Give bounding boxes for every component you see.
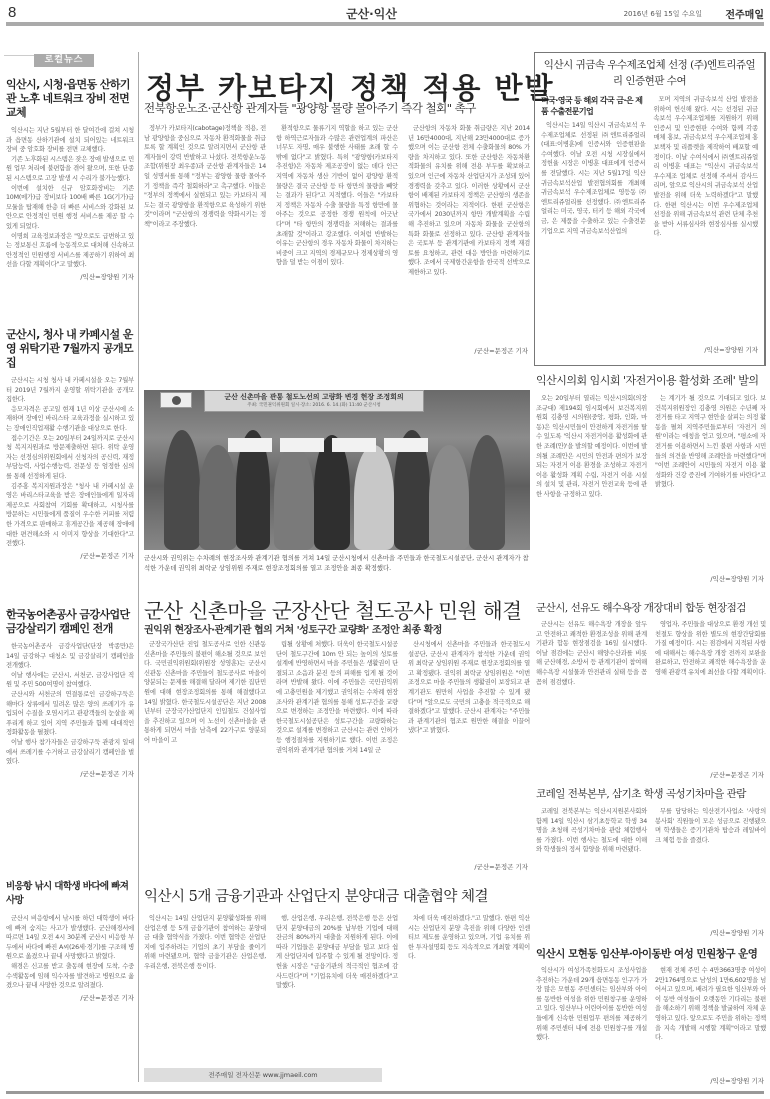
page-number: 8 xyxy=(8,4,16,21)
article-body: 익산시는 지난 5월부터 한 달여간에 걸쳐 시청과 읍면동 산하기관에 설치 … xyxy=(6,126,134,270)
local-news-badge: 로컬뉴스 xyxy=(34,54,94,67)
paragraph: 기존 노후화된 시스템은 잦은 장애 발생으로 민원 업무 처리에 불편함을 겪… xyxy=(6,155,134,184)
article-geumgang-campaign: 한국농어촌공사 금강사업단 금강살리기 캠페인 전개 한국농어촌공사 금강사업단… xyxy=(6,608,134,778)
maternity-byline: /익산=장양원 기자 xyxy=(666,1076,764,1085)
korean-flag xyxy=(160,392,192,408)
article-body: 군산시 비응항에서 낚시를 하던 대학생이 바다에 빠져 숨지는 사고가 발생했… xyxy=(6,914,134,991)
paragraph: 행, 산업은행, 우리은행, 전북은행 등은 산업단지 분양대금의 20%를 납… xyxy=(276,914,398,991)
korail-headline: 코레일 전북본부, 삼기초 학생 곡성기차마을 관람 xyxy=(536,786,766,801)
article-title: 한국농어촌공사 금강사업단 금강살리기 캠페인 전개 xyxy=(6,608,134,636)
paragraph: 정부가 카보타지(cabotage)정책을 적용, 전남 광양항을 중심으로 자… xyxy=(144,124,266,230)
paragraph: 환적항으로 물류기지 역할을 하고 있는 군산항 하역근로자들과 수많은 관련업… xyxy=(276,124,398,268)
maternity-headline: 익산시 모현동 임산부·아이동반 여성 민원창구 운영 xyxy=(536,946,766,961)
lead-byline: /군산=문정곤 기자 xyxy=(430,346,528,355)
paragraph: 영업자, 주민들을 대상으로 환경 개선 및 친절도 향상을 위한 별도의 현장… xyxy=(655,620,766,678)
group-photo: 군산 신촌마을 관통 철도노선의 고량화 변경 현장 조정회의 주최: 국민권익… xyxy=(144,390,530,550)
council-byline: /익산=장양원 기자 xyxy=(666,574,764,583)
paragraph: 접수기간은 오는 20일부터 24일까지로 군산시청 복지지원과로 방문제출하면… xyxy=(6,434,134,482)
lead-body: 정부가 카보타지(cabotage)정책을 적용, 전남 광양항을 중심으로 자… xyxy=(144,124,530,344)
korail-body: 코레일 전북본부는 익산시지원본사회와 함께 14일 익산시 삼기초등학교 학생… xyxy=(536,807,766,927)
paragraph: 이날 행사에는 군산시, 서천군, 금강사업단 직원 및 주민 500여명이 참… xyxy=(6,671,134,690)
korail-column-2: 무를 담당하는 익산전기사업소 '사랑의 봉사회' 직원들이 모은 성금으로 진… xyxy=(655,807,766,927)
second-column-2: 립될 상황에 처했다. 더욱이 한국철도시설공단이 철도구간에 10m 안 되는… xyxy=(276,640,398,862)
box-byline: /익산=장양원 기자 xyxy=(541,345,758,354)
article-body: 군산시는 시청 청사 내 카페시설을 오는 7월부터 2019년 7월까지 운영… xyxy=(6,376,134,549)
paragraph: 익산시는 지난 5월부터 한 달여간에 걸쳐 시청과 읍면동 산하기관에 설치 … xyxy=(6,126,134,155)
lead-column-2: 환적항으로 물류기지 역할을 하고 있는 군산항 하역근로자들과 수많은 관련업… xyxy=(276,124,398,344)
loan-column-1: 익산시는 14일 산업단지 분양활성화를 위해 산업은행 등 5개 금융기관이 … xyxy=(144,914,266,1064)
paragraph: 군산시는 시청 청사 내 카페시설을 오는 7월부터 2019년 7월까지 운영… xyxy=(6,376,134,405)
byline: /군산=문정곤 기자 xyxy=(6,993,134,1002)
seonyudo-column-2: 영업자, 주민들을 대상으로 환경 개선 및 친절도 향상을 위한 별도의 현장… xyxy=(655,620,766,770)
paragraph: 응모자격은 공고일 현재 1년 이상 군산시에 소재하며 장애인 바리스타 교육… xyxy=(6,405,134,434)
second-headline: 군산 신촌마을 군장산단 철도공사 민원 해결 xyxy=(144,594,530,624)
iksan-jewelry-box: 익산시 귀금속 우수제조업체 선정 (주)엔트리쥬얼리 인증현판 수여 미국·영… xyxy=(534,52,766,366)
second-subhead: 권익위 현장조사·관계기관 협의 거쳐 '성토구간 교량화' 조정안 최종 확정 xyxy=(144,621,530,636)
paragraph: 군장국가산단 진입 철도공사로 인한 신관동 신촌마을 주민들의 불편이 해소될… xyxy=(144,640,266,746)
byline: /군산=문정곤 기자 xyxy=(6,769,134,778)
seonyudo-column-1: 군산시는 선유도 해수욕장 개장을 앞두고 안전하고 쾌적한 환경조성을 위해 … xyxy=(536,620,647,770)
paragraph: 코레일 전북본부는 익산시지원본사회와 함께 14일 익산시 삼기초등학교 학생… xyxy=(536,807,647,855)
paragraph: 김주홍 복지지원과장은 "청사 내 카페시설 운영은 바리스타교육을 받은 장애… xyxy=(6,482,134,549)
council-column-1: 오는 20일부터 열리는 익산시의회(의장 조규대) 제194회 임시회에서 보… xyxy=(536,394,647,574)
seonyudo-byline: /군산=문정곤 기자 xyxy=(666,770,764,779)
article-bieung-drowning: 비응항 낚시 대학생 바다에 빠져 사망 군산시 비응항에서 낚시를 하던 대학… xyxy=(6,880,134,1002)
lead-column-1: 정부가 카보타지(cabotage)정책을 적용, 전남 광양항을 중심으로 자… xyxy=(144,124,266,344)
paragraph: 이날 행사 참가자들은 금강하구둑 관광지 일대에서 쓰레기를 수거하고 금강살… xyxy=(6,738,134,767)
box-body: 미국·영국 등 해외 각국 금·은 제품 수출전문기업 익산시는 14일 익산시… xyxy=(541,95,758,343)
byline: /군산=문정곤 기자 xyxy=(6,551,134,560)
paragraph: 립될 상황에 처했다. 더욱이 한국철도시설공단이 철도구간에 10m 안 되는… xyxy=(276,640,398,755)
council-body: 오는 20일부터 열리는 익산시의회(의장 조규대) 제194회 임시회에서 보… xyxy=(536,394,766,574)
paragraph: 익산시가 여성가족친화도시 조성사업을 추진하는 가운데 29개 읍면동동 인구… xyxy=(536,966,647,1043)
paragraph: 군산항의 자동차 화물 취급량은 지난 2014년 16만4000대, 지난해 … xyxy=(408,124,530,278)
loan-headline: 익산시 5개 금융기관과 산업단지 분양대금 대출협약 체결 xyxy=(144,885,530,906)
paragraph: 익산시는 14일 산업단지 분양활성화를 위해 산업은행 등 5개 금융기관이 … xyxy=(144,914,266,972)
box-column-1: 미국·영국 등 해외 각국 금·은 제품 수출전문기업 익산시는 14일 익산시… xyxy=(541,95,646,343)
council-headline: 익산시의회 임시회 '자전거이용 활성화 조례' 발의 xyxy=(536,372,766,388)
maternity-column-2: 현재 전체 주민 수 4만3663명중 여성이 2만1764명으로 남성의 1만… xyxy=(655,966,766,1076)
seonyudo-headline: 군산시, 선유도 해수욕장 개장대비 합동 현장점검 xyxy=(536,600,766,615)
second-column-3: 산시청에서 신촌마을 주민들과 한국철도시설공단, 군산시 관계자가 참석한 가… xyxy=(408,640,530,862)
article-body: 한국농어촌공사 금강사업단(단장 박종만)은 14일 금강하구 대청소 및 금강… xyxy=(6,642,134,767)
newspaper-name: 전주매일 xyxy=(725,6,764,21)
photo-caption: 군산시와 권익위는 수차례의 현장조사와 관계기관 협의를 거쳐 14일 군산시… xyxy=(144,554,530,573)
paragraph: 모며 지역의 귀금속보석 산업 발전을 위하여 헌신해 왔다. 시는 선정된 귀… xyxy=(654,95,759,239)
paragraph: 는 계기가 될 것으로 기대되고 있다. 보건복지위원장인 김충영 의원은 수년… xyxy=(655,394,766,490)
meeting-banner: 군산 신촌마을 관통 철도노선의 고량화 변경 현장 조정회의 주최: 국민권익… xyxy=(204,390,424,412)
signed-agreements xyxy=(228,438,428,452)
article-title: 익산시, 시청·읍면동 산하기관 노후 네트워크 장비 전면 교체 xyxy=(6,78,134,120)
maternity-column-1: 익산시가 여성가족친화도시 조성사업을 추진하는 가운데 29개 읍면동동 인구… xyxy=(536,966,647,1076)
paragraph: 무를 담당하는 익산전기사업소 '사랑의 봉사회' 직원들이 모은 성금으로 진… xyxy=(655,807,766,845)
paragraph: 군산시 비응항에서 낚시를 하던 대학생이 바다에 빠져 숨지는 사고가 발생했… xyxy=(6,914,134,962)
box-column-2: 모며 지역의 귀금속보석 산업 발전을 위하여 헌신해 왔다. 시는 선정된 귀… xyxy=(654,95,759,343)
paragraph: 해경은 신고를 받고 출동해 현장에 도착, 수중 수색활동에 임해 익수자를 … xyxy=(6,962,134,991)
section-title: 군산·익산 xyxy=(346,5,397,22)
banner-title: 군산 신촌마을 관통 철도노선의 고량화 변경 현장 조정회의 xyxy=(224,393,403,401)
seonyudo-body: 군산시는 선유도 해수욕장 개장을 앞두고 안전하고 쾌적한 환경조성을 위해 … xyxy=(536,620,766,770)
second-column-1: 군장국가산단 진입 철도공사로 인한 신관동 신촌마을 주민들의 불편이 해소될… xyxy=(144,640,266,862)
paragraph: 이번에 설치한 신규 암호화장비는 기존 10M(메가)급 장비보다 100배 … xyxy=(6,184,134,232)
second-body: 군장국가산단 진입 철도공사로 인한 신관동 신촌마을 주민들의 불편이 해소될… xyxy=(144,640,530,862)
lead-subhead: 전북항운노조·군산항 관계자들 "광양항 물량 몰아주기 즉각 철회" 촉구 xyxy=(144,100,530,116)
paragraph: 현재 전체 주민 수 4만3663명중 여성이 2만1764명으로 남성의 1만… xyxy=(655,966,766,1043)
lead-column-3: 군산항의 자동차 화물 취급량은 지난 2014년 16만4000대, 지난해 … xyxy=(408,124,530,344)
footer-banner: 전주매일 전자신문 www.jjmaeil.com xyxy=(144,1068,382,1082)
loan-body: 익산시는 14일 산업단지 분양활성화를 위해 산업은행 등 5개 금융기관이 … xyxy=(144,914,530,1064)
paragraph: 한국농어촌공사 금강사업단(단장 박종만)은 14일 금강하구 대청소 및 금강… xyxy=(6,642,134,671)
footer-rule xyxy=(6,1091,764,1094)
paragraph: 오는 20일부터 열리는 익산시의회(의장 조규대) 제194회 임시회에서 보… xyxy=(536,394,647,500)
byline: /익산=장양원 기자 xyxy=(6,272,134,281)
page-header: 8 군산·익산 2016년 6월 15일 수요일 전주매일 xyxy=(6,4,764,22)
paragraph: 군산시는 선유도 해수욕장 개장을 앞두고 안전하고 쾌적한 환경조성을 위해 … xyxy=(536,620,647,687)
article-title: 비응항 낚시 대학생 바다에 빠져 사망 xyxy=(6,880,134,908)
paragraph: 산시청에서 신촌마을 주민들과 한국철도시설공단, 군산시 관계자가 참석한 가… xyxy=(408,640,530,736)
paragraph: 이명희 교육정보과장은 "앞으로도 급변하고 있는 정보통신 흐름에 능동적으로… xyxy=(6,232,134,270)
article-network-equipment: 익산시, 시청·읍면동 산하기관 노후 네트워크 장비 전면 교체 익산시는 지… xyxy=(6,78,134,281)
issue-date: 2016년 6월 15일 수요일 xyxy=(624,9,702,19)
maternity-body: 익산시가 여성가족친화도시 조성사업을 추진하는 가운데 29개 읍면동동 인구… xyxy=(536,966,766,1076)
paragraph: 익산시는 14일 익산시 귀금속보석 우수제조업체로 선정된 ㈜엔트리쥬얼리(대… xyxy=(541,121,646,236)
paragraph: 군산시와 서천군의 연결통로인 금강하구둑은 해마다 상류에서 밀려온 많은 양… xyxy=(6,690,134,738)
paragraph: 차에 더욱 매진하겠다."고 말했다. 한편 익산시는 산업단지 분양 촉진을 … xyxy=(408,914,530,962)
korail-column-1: 코레일 전북본부는 익산시지원본사회와 함께 14일 익산시 삼기초등학교 학생… xyxy=(536,807,647,927)
box-text: 익산시는 14일 익산시 귀금속보석 우수제조업체로 선정된 ㈜엔트리쥬얼리(대… xyxy=(541,121,646,236)
article-title: 군산시, 청사 내 카페시설 운영 위탁기관 7월까지 공개모집 xyxy=(6,328,134,370)
header-rule xyxy=(6,22,764,26)
box-headline: 익산시 귀금속 우수제조업체 선정 (주)엔트리쥬얼리 인증현판 수여 xyxy=(541,57,758,89)
second-byline: /군산=문정곤 기자 xyxy=(430,862,528,871)
loan-column-2: 행, 산업은행, 우리은행, 전북은행 등은 산업단지 분양대금의 20%를 납… xyxy=(276,914,398,1064)
banner-subtitle: 주최: 국민권익위원회 일시·장소: 2016. 6. 14.(화) 11:40… xyxy=(205,402,423,410)
loan-column-3: 차에 더욱 매진하겠다."고 말했다. 한편 익산시는 산업단지 분양 촉진을 … xyxy=(408,914,530,1064)
column-divider xyxy=(138,52,139,1082)
council-column-2: 는 계기가 될 것으로 기대되고 있다. 보건복지위원장인 김충영 의원은 수년… xyxy=(655,394,766,574)
box-subhead: 미국·영국 등 해외 각국 금·은 제품 수출전문기업 xyxy=(541,95,646,117)
korail-byline: /익산=장양원 기자 xyxy=(666,928,764,937)
article-cafe-tender: 군산시, 청사 내 카페시설 운영 위탁기관 7월까지 공개모집 군산시는 시청… xyxy=(6,328,134,560)
